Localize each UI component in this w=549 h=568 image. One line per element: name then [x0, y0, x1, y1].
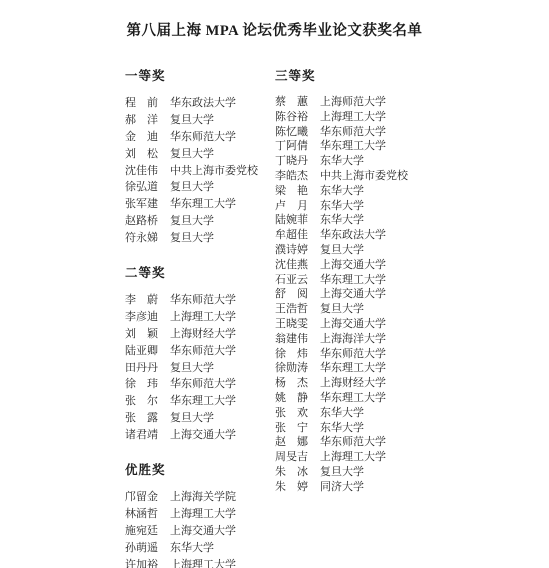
- winner-row: 周旻吉上海理工大学: [275, 450, 475, 465]
- winner-university: 华东理工大学: [170, 196, 236, 213]
- winner-university: 上海交通大学: [320, 317, 386, 332]
- winner-university: 上海理工大学: [320, 110, 386, 125]
- winner-university: 复旦大学: [170, 410, 214, 427]
- winner-row: 沈佳燕上海交通大学: [275, 258, 475, 273]
- winner-row: 施宛廷上海交通大学: [125, 523, 275, 540]
- winner-row: 孙萌遥东华大学: [125, 540, 275, 557]
- winner-university: 华东师范大学: [170, 343, 236, 360]
- winner-university: 华东师范大学: [170, 376, 236, 393]
- winner-university: 上海理工大学: [170, 557, 236, 568]
- winner-name: 徐勋涛: [275, 361, 309, 376]
- winner-university: 上海师范大学: [320, 95, 386, 110]
- winner-row: 金 迪华东师范大学: [125, 129, 275, 146]
- section-heading: 优胜奖: [125, 460, 275, 478]
- winner-name: 符永娣: [125, 230, 159, 247]
- winner-university: 上海交通大学: [320, 287, 386, 302]
- winner-name: 石亚云: [275, 273, 309, 288]
- winner-university: 华东师范大学: [320, 125, 386, 140]
- winner-row: 李皓杰中共上海市委党校: [275, 169, 475, 184]
- winner-university: 上海理工大学: [320, 450, 386, 465]
- winner-row: 陆婉菲东华大学: [275, 213, 475, 228]
- winner-row: 徐勋涛华东理工大学: [275, 361, 475, 376]
- winner-university: 中共上海市委党校: [320, 169, 408, 184]
- winner-university: 华东师范大学: [320, 435, 386, 450]
- winner-row: 沈佳伟中共上海市委党校: [125, 163, 275, 180]
- winner-university: 华东理工大学: [170, 393, 236, 410]
- winner-name: 姚 静: [275, 391, 309, 406]
- winner-row: 李彦迪上海理工大学: [125, 309, 275, 326]
- winner-name: 朱 婷: [275, 480, 309, 495]
- section-heading: 一等奖: [125, 66, 275, 84]
- winner-name: 陆婉菲: [275, 213, 309, 228]
- winner-university: 上海理工大学: [170, 506, 236, 523]
- winner-name: 舒 阅: [275, 287, 309, 302]
- winner-row: 张军建华东理工大学: [125, 196, 275, 213]
- winner-university: 复旦大学: [170, 112, 214, 129]
- winner-name: 刘 松: [125, 146, 159, 163]
- winner-university: 复旦大学: [320, 243, 364, 258]
- winner-name: 蔡 蕙: [275, 95, 309, 110]
- winner-row: 翁建伟上海海洋大学: [275, 332, 475, 347]
- winner-name: 赵路桥: [125, 213, 159, 230]
- winner-row: 濮诗婷复旦大学: [275, 243, 475, 258]
- winner-row: 徐 炜华东师范大学: [275, 347, 475, 362]
- winner-university: 复旦大学: [320, 302, 364, 317]
- document-page: 第八届上海 MPA 论坛优秀毕业论文获奖名单 一等奖程 前华东政法大学郝 洋复旦…: [0, 0, 549, 568]
- winner-university: 中共上海市委党校: [170, 163, 258, 180]
- winner-row: 张 露复旦大学: [125, 410, 275, 427]
- winner-row: 卢 月东华大学: [275, 199, 475, 214]
- winner-row: 梁 艳东华大学: [275, 184, 475, 199]
- winner-row: 陆亚卿华东师范大学: [125, 343, 275, 360]
- winner-name: 王晓雯: [275, 317, 309, 332]
- winner-name: 朱 冰: [275, 465, 309, 480]
- award-section: 二等奖李 蔚华东师范大学李彦迪上海理工大学刘 颖上海财经大学陆亚卿华东师范大学田…: [125, 263, 275, 444]
- winner-name: 许加裕: [125, 557, 159, 568]
- winner-row: 陈谷裕上海理工大学: [275, 110, 475, 125]
- winner-row: 张 尔华东理工大学: [125, 393, 275, 410]
- winner-name: 徐 炜: [275, 347, 309, 362]
- winner-university: 东华大学: [320, 421, 364, 436]
- winner-row: 石亚云华东理工大学: [275, 273, 475, 288]
- winner-university: 上海交通大学: [320, 258, 386, 273]
- winner-row: 林涵哲上海理工大学: [125, 506, 275, 523]
- section-heading: 二等奖: [125, 263, 275, 281]
- winner-name: 梁 艳: [275, 184, 309, 199]
- winner-name: 张军建: [125, 196, 159, 213]
- winner-name: 郝 洋: [125, 112, 159, 129]
- winner-university: 东华大学: [170, 540, 214, 557]
- winner-name: 张 宁: [275, 421, 309, 436]
- winner-university: 华东师范大学: [170, 292, 236, 309]
- winner-name: 丁晓丹: [275, 154, 309, 169]
- winner-university: 华东师范大学: [320, 347, 386, 362]
- winner-university: 复旦大学: [170, 213, 214, 230]
- winner-row: 刘 颖上海财经大学: [125, 326, 275, 343]
- winner-university: 复旦大学: [170, 179, 214, 196]
- award-section: 三等奖蔡 蕙上海师范大学陈谷裕上海理工大学陈忆曦华东师范大学丁阿倩华东理工大学丁…: [275, 66, 475, 495]
- winner-name: 张 露: [125, 410, 159, 427]
- winner-name: 周旻吉: [275, 450, 309, 465]
- winner-name: 张 欢: [275, 406, 309, 421]
- winner-name: 李皓杰: [275, 169, 309, 184]
- winner-row: 丁阿倩华东理工大学: [275, 139, 475, 154]
- winner-name: 陈谷裕: [275, 110, 309, 125]
- winner-name: 王浩哲: [275, 302, 309, 317]
- winner-name: 金 迪: [125, 129, 159, 146]
- winner-row: 陈忆曦华东师范大学: [275, 125, 475, 140]
- winner-university: 同济大学: [320, 480, 364, 495]
- winner-row: 赵路桥复旦大学: [125, 213, 275, 230]
- winner-name: 丁阿倩: [275, 139, 309, 154]
- winner-row: 田丹丹复旦大学: [125, 360, 275, 377]
- winner-university: 华东理工大学: [320, 391, 386, 406]
- winner-university: 复旦大学: [170, 146, 214, 163]
- winner-university: 东华大学: [320, 406, 364, 421]
- winner-university: 东华大学: [320, 154, 364, 169]
- winner-university: 上海财经大学: [320, 376, 386, 391]
- winner-university: 上海交通大学: [170, 523, 236, 540]
- winner-name: 李 蔚: [125, 292, 159, 309]
- column-right: 三等奖蔡 蕙上海师范大学陈谷裕上海理工大学陈忆曦华东师范大学丁阿倩华东理工大学丁…: [275, 66, 475, 495]
- winner-university: 复旦大学: [320, 465, 364, 480]
- winner-university: 东华大学: [320, 213, 364, 228]
- winner-name: 杨 杰: [275, 376, 309, 391]
- winner-university: 复旦大学: [170, 230, 214, 247]
- winner-university: 上海交通大学: [170, 427, 236, 444]
- winner-name: 陆亚卿: [125, 343, 159, 360]
- winner-university: 华东理工大学: [320, 273, 386, 288]
- winner-name: 翁建伟: [275, 332, 309, 347]
- winner-university: 华东政法大学: [170, 95, 236, 112]
- winner-name: 沈佳伟: [125, 163, 159, 180]
- winner-row: 王浩哲复旦大学: [275, 302, 475, 317]
- winner-name: 张 尔: [125, 393, 159, 410]
- winner-row: 王晓雯上海交通大学: [275, 317, 475, 332]
- winner-name: 孙萌遥: [125, 540, 159, 557]
- winner-row: 张 欢东华大学: [275, 406, 475, 421]
- winner-name: 李彦迪: [125, 309, 159, 326]
- page-title: 第八届上海 MPA 论坛优秀毕业论文获奖名单: [0, 19, 549, 40]
- winner-row: 杨 杰上海财经大学: [275, 376, 475, 391]
- winner-university: 东华大学: [320, 184, 364, 199]
- winner-name: 诸君靖: [125, 427, 159, 444]
- winner-name: 刘 颖: [125, 326, 159, 343]
- winner-row: 舒 阅上海交通大学: [275, 287, 475, 302]
- winner-name: 林涵哲: [125, 506, 159, 523]
- winner-name: 沈佳燕: [275, 258, 309, 273]
- winner-name: 邝留金: [125, 489, 159, 506]
- winner-name: 田丹丹: [125, 360, 159, 377]
- winner-row: 徐弘道复旦大学: [125, 179, 275, 196]
- winner-name: 赵 娜: [275, 435, 309, 450]
- winner-row: 朱 婷同济大学: [275, 480, 475, 495]
- winner-name: 徐弘道: [125, 179, 159, 196]
- winner-name: 陈忆曦: [275, 125, 309, 140]
- winner-row: 刘 松复旦大学: [125, 146, 275, 163]
- winner-row: 诸君靖上海交通大学: [125, 427, 275, 444]
- winner-row: 赵 娜华东师范大学: [275, 435, 475, 450]
- winner-name: 程 前: [125, 95, 159, 112]
- winner-row: 姚 静华东理工大学: [275, 391, 475, 406]
- winner-name: 徐 玮: [125, 376, 159, 393]
- winner-university: 华东政法大学: [320, 228, 386, 243]
- winner-row: 牟超佳华东政法大学: [275, 228, 475, 243]
- winner-row: 许加裕上海理工大学: [125, 557, 275, 568]
- winner-university: 华东理工大学: [320, 139, 386, 154]
- winner-row: 张 宁东华大学: [275, 421, 475, 436]
- winner-university: 华东理工大学: [320, 361, 386, 376]
- winner-row: 丁晓丹东华大学: [275, 154, 475, 169]
- winner-row: 符永娣复旦大学: [125, 230, 275, 247]
- column-left: 一等奖程 前华东政法大学郝 洋复旦大学金 迪华东师范大学刘 松复旦大学沈佳伟中共…: [125, 66, 275, 568]
- winner-university: 华东师范大学: [170, 129, 236, 146]
- winner-university: 上海理工大学: [170, 309, 236, 326]
- winner-university: 上海财经大学: [170, 326, 236, 343]
- award-section: 优胜奖邝留金上海海关学院林涵哲上海理工大学施宛廷上海交通大学孙萌遥东华大学许加裕…: [125, 460, 275, 568]
- section-heading: 三等奖: [275, 66, 475, 84]
- winner-row: 蔡 蕙上海师范大学: [275, 95, 475, 110]
- winner-university: 上海海洋大学: [320, 332, 386, 347]
- winner-row: 郝 洋复旦大学: [125, 112, 275, 129]
- winner-name: 卢 月: [275, 199, 309, 214]
- winner-university: 复旦大学: [170, 360, 214, 377]
- award-section: 一等奖程 前华东政法大学郝 洋复旦大学金 迪华东师范大学刘 松复旦大学沈佳伟中共…: [125, 66, 275, 247]
- winner-name: 牟超佳: [275, 228, 309, 243]
- winner-university: 上海海关学院: [170, 489, 236, 506]
- winner-row: 邝留金上海海关学院: [125, 489, 275, 506]
- winner-row: 朱 冰复旦大学: [275, 465, 475, 480]
- winner-name: 施宛廷: [125, 523, 159, 540]
- winner-name: 濮诗婷: [275, 243, 309, 258]
- winner-row: 李 蔚华东师范大学: [125, 292, 275, 309]
- winner-university: 东华大学: [320, 199, 364, 214]
- winner-row: 程 前华东政法大学: [125, 95, 275, 112]
- winner-row: 徐 玮华东师范大学: [125, 376, 275, 393]
